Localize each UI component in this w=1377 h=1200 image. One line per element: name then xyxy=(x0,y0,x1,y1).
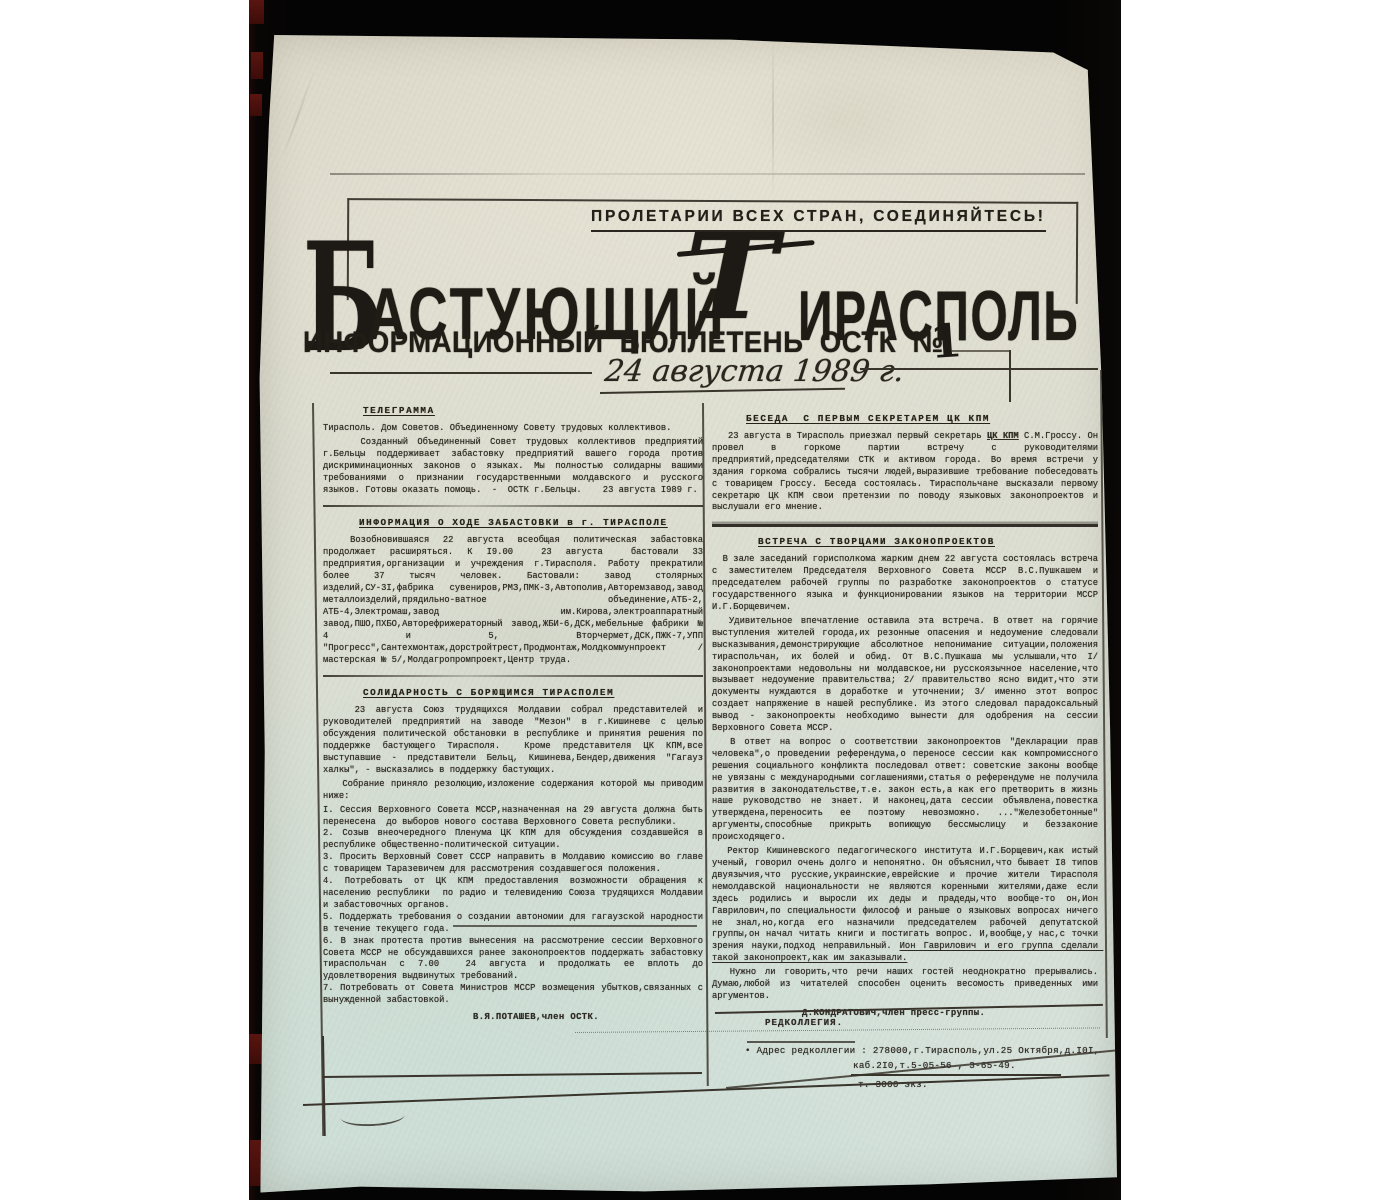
left-column: ТЕЛЕГРАММА Тирасполь. Дом Советов. Объед… xyxy=(323,405,703,1022)
right-column: БЕСЕДА С ПЕРВЫМ СЕКРЕТАРЕМ ЦК КПМ 23 авг… xyxy=(712,413,1098,1018)
meeting-par5: Нужно ли говорить,что речи наших гостей … xyxy=(712,967,1098,1003)
talk-body: 23 августа в Тирасполь приезжал первый с… xyxy=(712,431,1098,514)
address-overline xyxy=(747,1041,855,1043)
solidarity-title: СОЛИДАРНОСТЬ С БОРЮЩИМСЯ ТИРАСПОЛЕМ xyxy=(323,687,703,698)
meeting-par4-text: Ректор Кишиневского педагогического инст… xyxy=(712,846,1103,951)
top-rule xyxy=(330,173,1085,175)
paper-crease xyxy=(281,71,315,161)
issue-bracket-vertical xyxy=(1009,350,1011,402)
talk-body-pre: 23 августа в Тирасполь приезжал первый с… xyxy=(712,431,987,441)
section-divider xyxy=(323,505,703,507)
issue-bracket-horizontal xyxy=(951,350,1011,352)
telegram-addressee: Тирасполь. Дом Советов. Объединенному Со… xyxy=(323,423,703,435)
film-artifact xyxy=(250,94,262,116)
footer-line-left xyxy=(322,1072,702,1078)
address-underline xyxy=(851,1074,1061,1076)
strike-info-body: Возобновившаяся 22 августа всеобщая поли… xyxy=(323,535,703,666)
address-line-1: • Адрес редколлегии : 278000,г.Тирасполь… xyxy=(745,1045,1100,1056)
photo-background: ПРОЛЕТАРИИ ВСЕХ СТРАН, СОЕДИНЯЙТЕСЬ! Б А… xyxy=(249,0,1121,1200)
signature-dotted-rule xyxy=(575,1027,1100,1033)
meeting-par1: В зале заседаний горисполкома жарким дне… xyxy=(712,554,1098,614)
item-underline xyxy=(453,925,697,927)
paper-crease xyxy=(772,36,774,201)
solidarity-par1: 23 августа Союз трудящихся Молдавии собр… xyxy=(323,705,703,776)
issue-date: 24 августа 1989 г. xyxy=(603,354,906,389)
talk-body-emphasis: ЦК КПМ xyxy=(987,431,1019,441)
section-divider xyxy=(323,675,703,677)
issue-number: 1 xyxy=(928,317,963,365)
date-rule-right xyxy=(860,368,1098,370)
meeting-title: ВСТРЕЧА С ТВОРЦАМИ ЗАКОНОПРОЕКТОВ xyxy=(712,536,1098,547)
editorial-label: РЕДКОЛЛЕГИЯ. xyxy=(765,1017,843,1028)
talk-body-post: С.М.Гроссу. Он провел в горкоме партии в… xyxy=(712,431,1103,512)
meeting-par3: В ответ на вопрос о соответствии законоп… xyxy=(712,737,1098,844)
film-artifact xyxy=(249,1034,263,1064)
solidarity-par2: Собрание приняло резолюцию,изложение сод… xyxy=(323,779,703,803)
newspaper-page: ПРОЛЕТАРИИ ВСЕХ СТРАН, СОЕДИНЯЙТЕСЬ! Б А… xyxy=(257,28,1117,1196)
footer-vertical-line xyxy=(322,1036,325,1136)
meeting-par4: Ректор Кишиневского педагогического инст… xyxy=(712,846,1098,965)
resolution-items: I. Сессия Верховного Совета МССР,назначе… xyxy=(323,805,703,1007)
date-rule-left xyxy=(330,372,592,374)
talk-title: БЕСЕДА С ПЕРВЫМ СЕКРЕТАРЕМ ЦК КПМ xyxy=(712,413,1098,424)
left-signature: В.Я.ПОТАШЕВ,член ОСТК. xyxy=(323,1012,703,1022)
telegram-title: ТЕЛЕГРАММА xyxy=(323,405,703,416)
corner-fold xyxy=(1047,34,1111,92)
film-artifact xyxy=(249,0,264,24)
section-divider-thick xyxy=(712,524,1098,527)
pen-stroke xyxy=(341,1112,406,1127)
telegram-body: Созданный Объединенный Совет трудовых ко… xyxy=(323,437,703,497)
film-artifact xyxy=(251,52,263,79)
screenshot-root: { "meta": { "kind": "photographed typewr… xyxy=(0,0,1377,1200)
slogan: ПРОЛЕТАРИИ ВСЕХ СТРАН, СОЕДИНЯЙТЕСЬ! xyxy=(591,208,1046,232)
meeting-par2: Удивительное впечатление оставила эта вс… xyxy=(712,616,1098,735)
strike-info-title: ИНФОРМАЦИЯ О ХОДЕ ЗАБАСТОВКИ в г. ТИРАСП… xyxy=(323,517,703,528)
